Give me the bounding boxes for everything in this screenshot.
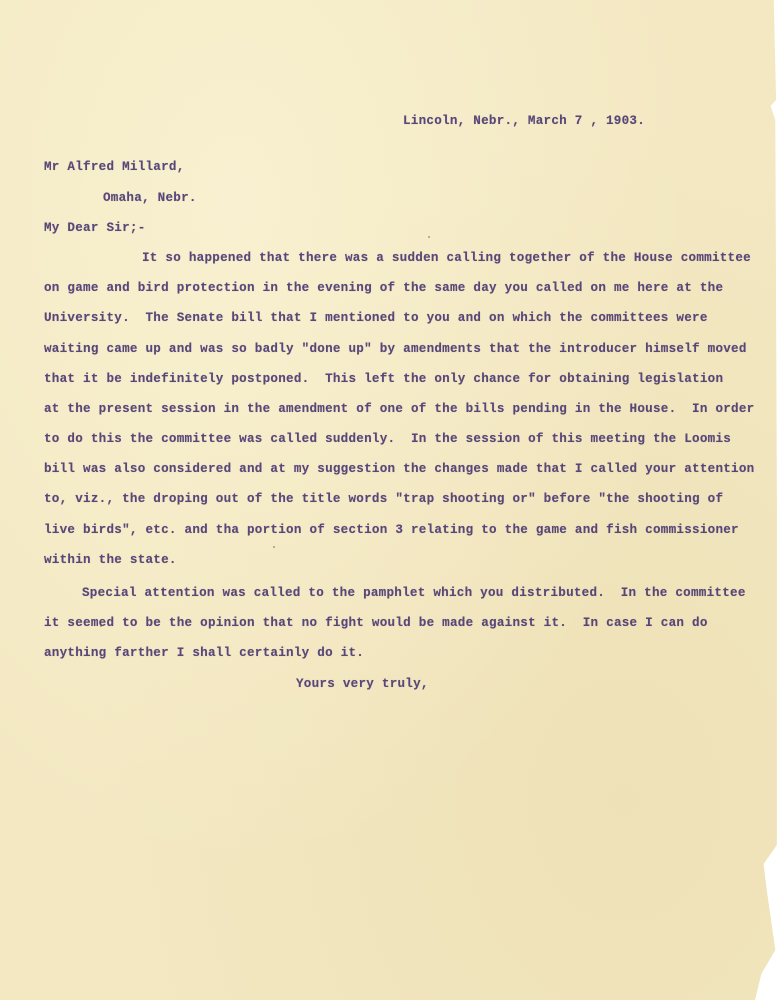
body-line: It so happened that there was a sudden c… (142, 251, 751, 265)
recipient-address: Omaha, Nebr. (103, 191, 197, 205)
closing: Yours very truly, (296, 677, 429, 691)
salutation: My Dear Sir;- (44, 221, 146, 235)
dateline: Lincoln, Nebr., March 7 , 1903. (403, 114, 645, 128)
body-line: anything farther I shall certainly do it… (44, 646, 364, 660)
letter-page: Lincoln, Nebr., March 7 , 1903. Mr Alfre… (0, 0, 780, 1000)
body-line: it seemed to be the opinion that no figh… (44, 616, 708, 630)
body-line: to, viz., the droping out of the title w… (44, 492, 723, 506)
body-line: at the present session in the amendment … (44, 402, 754, 416)
body-line: on game and bird protection in the eveni… (44, 281, 723, 295)
body-line: bill was also considered and at my sugge… (44, 462, 754, 476)
body-line: to do this the committee was called sudd… (44, 432, 731, 446)
body-line: live birds", etc. and tha portion of sec… (44, 523, 739, 537)
recipient-name: Mr Alfred Millard, (44, 160, 185, 174)
paper-fleck (100, 625, 102, 627)
body-line: University. The Senate bill that I menti… (44, 311, 708, 325)
body-line: Special attention was called to the pamp… (82, 586, 746, 600)
body-line: within the state. (44, 553, 177, 567)
paper-fleck (273, 546, 275, 548)
body-line: that it be indefinitely postponed. This … (44, 372, 723, 386)
paper-fleck (568, 379, 570, 381)
body-line: waiting came up and was so badly "done u… (44, 342, 747, 356)
paper-fleck (428, 236, 430, 238)
